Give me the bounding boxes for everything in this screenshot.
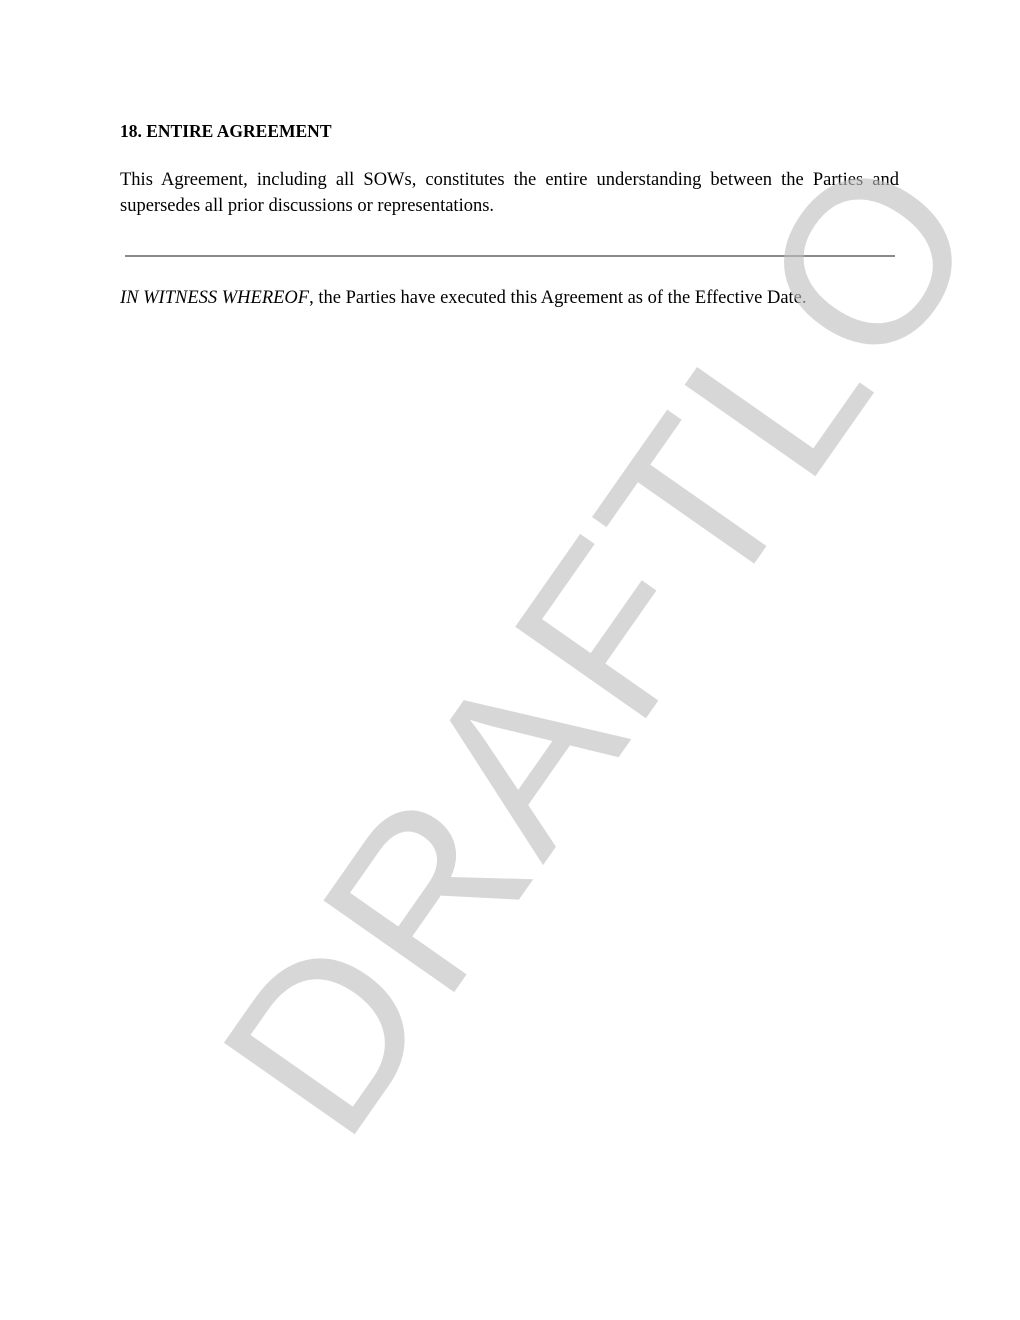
section-heading: 18. ENTIRE AGREEMENT (120, 121, 332, 142)
horizontal-divider (125, 255, 895, 257)
witness-lead: IN WITNESS WHEREOF (120, 288, 309, 308)
witness-clause: IN WITNESS WHEREOF, the Parties have exe… (120, 286, 807, 310)
section-body: This Agreement, including all SOWs, cons… (120, 167, 899, 219)
witness-rest: , the Parties have executed this Agreeme… (309, 288, 806, 308)
draft-watermark: DRAFTLO (184, 117, 1019, 1171)
document-page: 18. ENTIRE AGREEMENT This Agreement, inc… (0, 0, 1020, 1320)
